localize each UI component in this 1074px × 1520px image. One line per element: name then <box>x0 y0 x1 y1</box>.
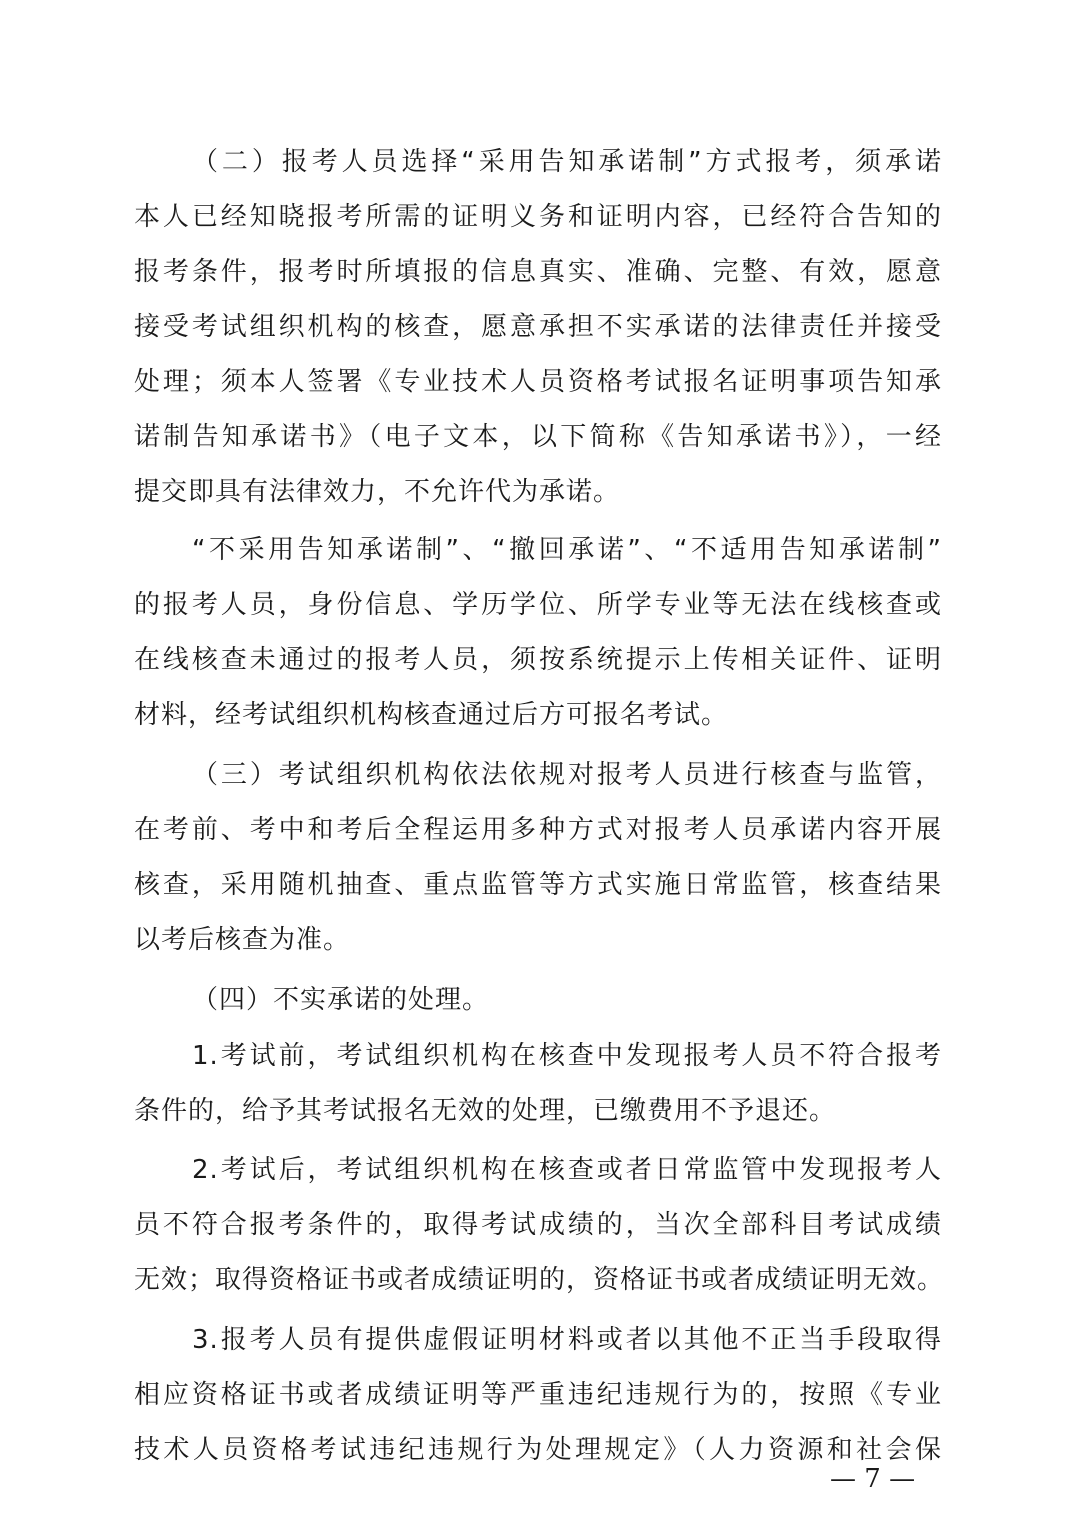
paragraph-4-heading: （四）不实承诺的处理。 <box>192 980 942 1020</box>
paragraph-2-line-3: 报考条件，报考时所填报的信息真实、准确、完整、有效，愿意 <box>134 252 942 292</box>
paragraph-2-line-1: （二）报考人员选择“采用告知承诺制”方式报考，须承诺 <box>192 142 942 182</box>
item-1-line-2: 条件的，给予其考试报名无效的处理，已缴费用不予退还。 <box>134 1091 942 1131</box>
item-2-line-1: 2.考试后，考试组织机构在核查或者日常监管中发现报考人 <box>192 1150 942 1190</box>
item-2-line-3: 无效；取得资格证书或者成绩证明的，资格证书或者成绩证明无效。 <box>134 1260 942 1300</box>
paragraph-2-line-7: 提交即具有法律效力，不允许代为承诺。 <box>134 472 942 512</box>
paragraph-2b-line-1: “不采用告知承诺制”、“撤回承诺”、“不适用告知承诺制” <box>192 530 942 570</box>
paragraph-3-line-3: 核查，采用随机抽查、重点监管等方式实施日常监管，核查结果 <box>134 865 942 905</box>
paragraph-2-line-5: 处理；须本人签署《专业技术人员资格考试报名证明事项告知承 <box>134 362 942 402</box>
item-3-line-1: 3.报考人员有提供虚假证明材料或者以其他不正当手段取得 <box>192 1320 942 1360</box>
item-3-line-3: 技术人员资格考试违纪违规行为处理规定》（人力资源和社会保 <box>134 1430 942 1470</box>
paragraph-2b-line-2: 的报考人员，身份信息、学历学位、所学专业等无法在线核查或 <box>134 585 942 625</box>
item-3-line-2: 相应资格证书或者成绩证明等严重违纪违规行为的，按照《专业 <box>134 1375 942 1415</box>
paragraph-2-line-2: 本人已经知晓报考所需的证明义务和证明内容，已经符合告知的 <box>134 197 942 237</box>
item-2-line-2: 员不符合报考条件的，取得考试成绩的，当次全部科目考试成绩 <box>134 1205 942 1245</box>
paragraph-3-line-1: （三）考试组织机构依法依规对报考人员进行核查与监管， <box>192 755 942 795</box>
item-1-line-1: 1.考试前，考试组织机构在核查中发现报考人员不符合报考 <box>192 1036 942 1076</box>
paragraph-3-line-4: 以考后核查为准。 <box>134 920 942 960</box>
paragraph-2b-line-3: 在线核查未通过的报考人员，须按系统提示上传相关证件、证明 <box>134 640 942 680</box>
paragraph-3-line-2: 在考前、考中和考后全程运用多种方式对报考人员承诺内容开展 <box>134 810 942 850</box>
document-page: （二）报考人员选择“采用告知承诺制”方式报考，须承诺 本人已经知晓报考所需的证明… <box>0 0 1074 1520</box>
paragraph-2-line-4: 接受考试组织机构的核查，愿意承担不实承诺的法律责任并接受 <box>134 307 942 347</box>
page-number: — 7 — <box>830 1461 930 1497</box>
paragraph-2b-line-4: 材料，经考试组织机构核查通过后方可报名考试。 <box>134 695 942 735</box>
paragraph-2-line-6: 诺制告知承诺书》（电子文本，以下简称《告知承诺书》），一经 <box>134 417 942 457</box>
